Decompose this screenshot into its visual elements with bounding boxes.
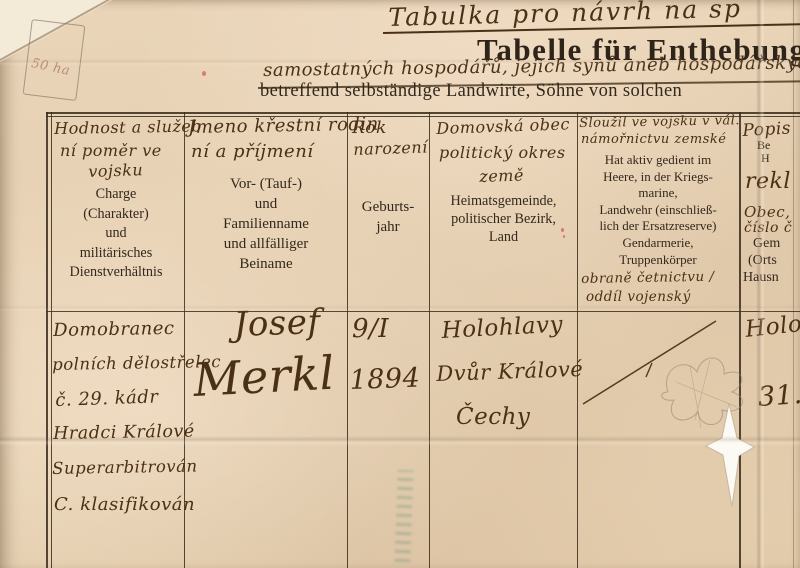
- col-service-hw-line: obraně četnictvu /: [581, 269, 715, 287]
- col-name-printed: Vor- (Tauf-) und Familienname und allfäl…: [187, 174, 345, 274]
- fold-crease-horizontal: [0, 305, 800, 312]
- col-birthyear-printed: Geburts- jahr: [349, 197, 427, 237]
- table-column-line: [429, 112, 430, 568]
- cell-charge-line: Domobranec: [53, 318, 175, 341]
- col-charge-hw-line: vojsku: [88, 160, 143, 181]
- col-name-hw-line: Jmeno křestní rodin: [188, 114, 379, 138]
- col-birthyear-hw-line: narození: [353, 137, 428, 159]
- col-service-hw-line: oddíl vojenský: [586, 289, 691, 305]
- fold-crease-horizontal: [0, 59, 800, 66]
- printed-subtitle: betreffend selbständige Landwirte, Söhne…: [260, 81, 682, 102]
- fold-crease-horizontal: [0, 436, 800, 446]
- table-column-line: [739, 112, 741, 568]
- col-residence-hw-line: rekl: [745, 169, 791, 194]
- col-charge-printed: Charge (Charakter) und militärisches Die…: [50, 185, 182, 283]
- scanned-form-page: { "colors": { "paper": "#e6d0b2", "handw…: [0, 0, 800, 568]
- col-birthyear-hw-line: Rok: [352, 118, 387, 138]
- cell-home-line: Dvůr Králové: [436, 357, 584, 386]
- col-charge-hw-line: ní poměr ve: [60, 141, 162, 160]
- col-home-hw-line: politický okres: [439, 143, 566, 162]
- col-service-printed: Hat aktiv gedient im Heere, in der Krieg…: [578, 152, 738, 268]
- cell-home-line: Čechy: [456, 404, 530, 430]
- cell-birth-day: 9/I: [352, 314, 389, 344]
- col-charge-hw-line: Hodnost a služeb: [54, 116, 202, 138]
- col-service-hw-line: námořnictvu zemské: [581, 132, 727, 147]
- table-border-left-outer: [46, 112, 48, 568]
- red-ink-speck: [202, 71, 206, 76]
- col-name-hw-line: ní a příjmení: [191, 141, 314, 162]
- cell-charge-line: č. 29. kádr: [55, 386, 159, 411]
- cell-birth-year: 1894: [349, 363, 421, 396]
- paper-right-edge: [793, 0, 794, 568]
- cell-charge-line: Superarbitrován: [52, 456, 198, 478]
- col-residence-hw-line: číslo č: [744, 220, 792, 236]
- bleed-through-stamp: [394, 470, 413, 563]
- fold-crease-vertical: [756, 0, 765, 568]
- table-column-line: [347, 112, 348, 568]
- cell-charge-line: C. klasifikován: [54, 494, 195, 515]
- col-home-hw-line: země: [479, 165, 524, 186]
- table-border-left-inner: [51, 112, 52, 568]
- cell-last-name: Merkl: [192, 346, 336, 407]
- col-service-hw-line: Sloužil ve vojsku v vál.: [579, 113, 740, 131]
- col-home-printed: Heimatsgemeinde, politischer Bezirk, Lan…: [432, 192, 575, 246]
- col-residence-hw-line: Obec,: [744, 203, 790, 221]
